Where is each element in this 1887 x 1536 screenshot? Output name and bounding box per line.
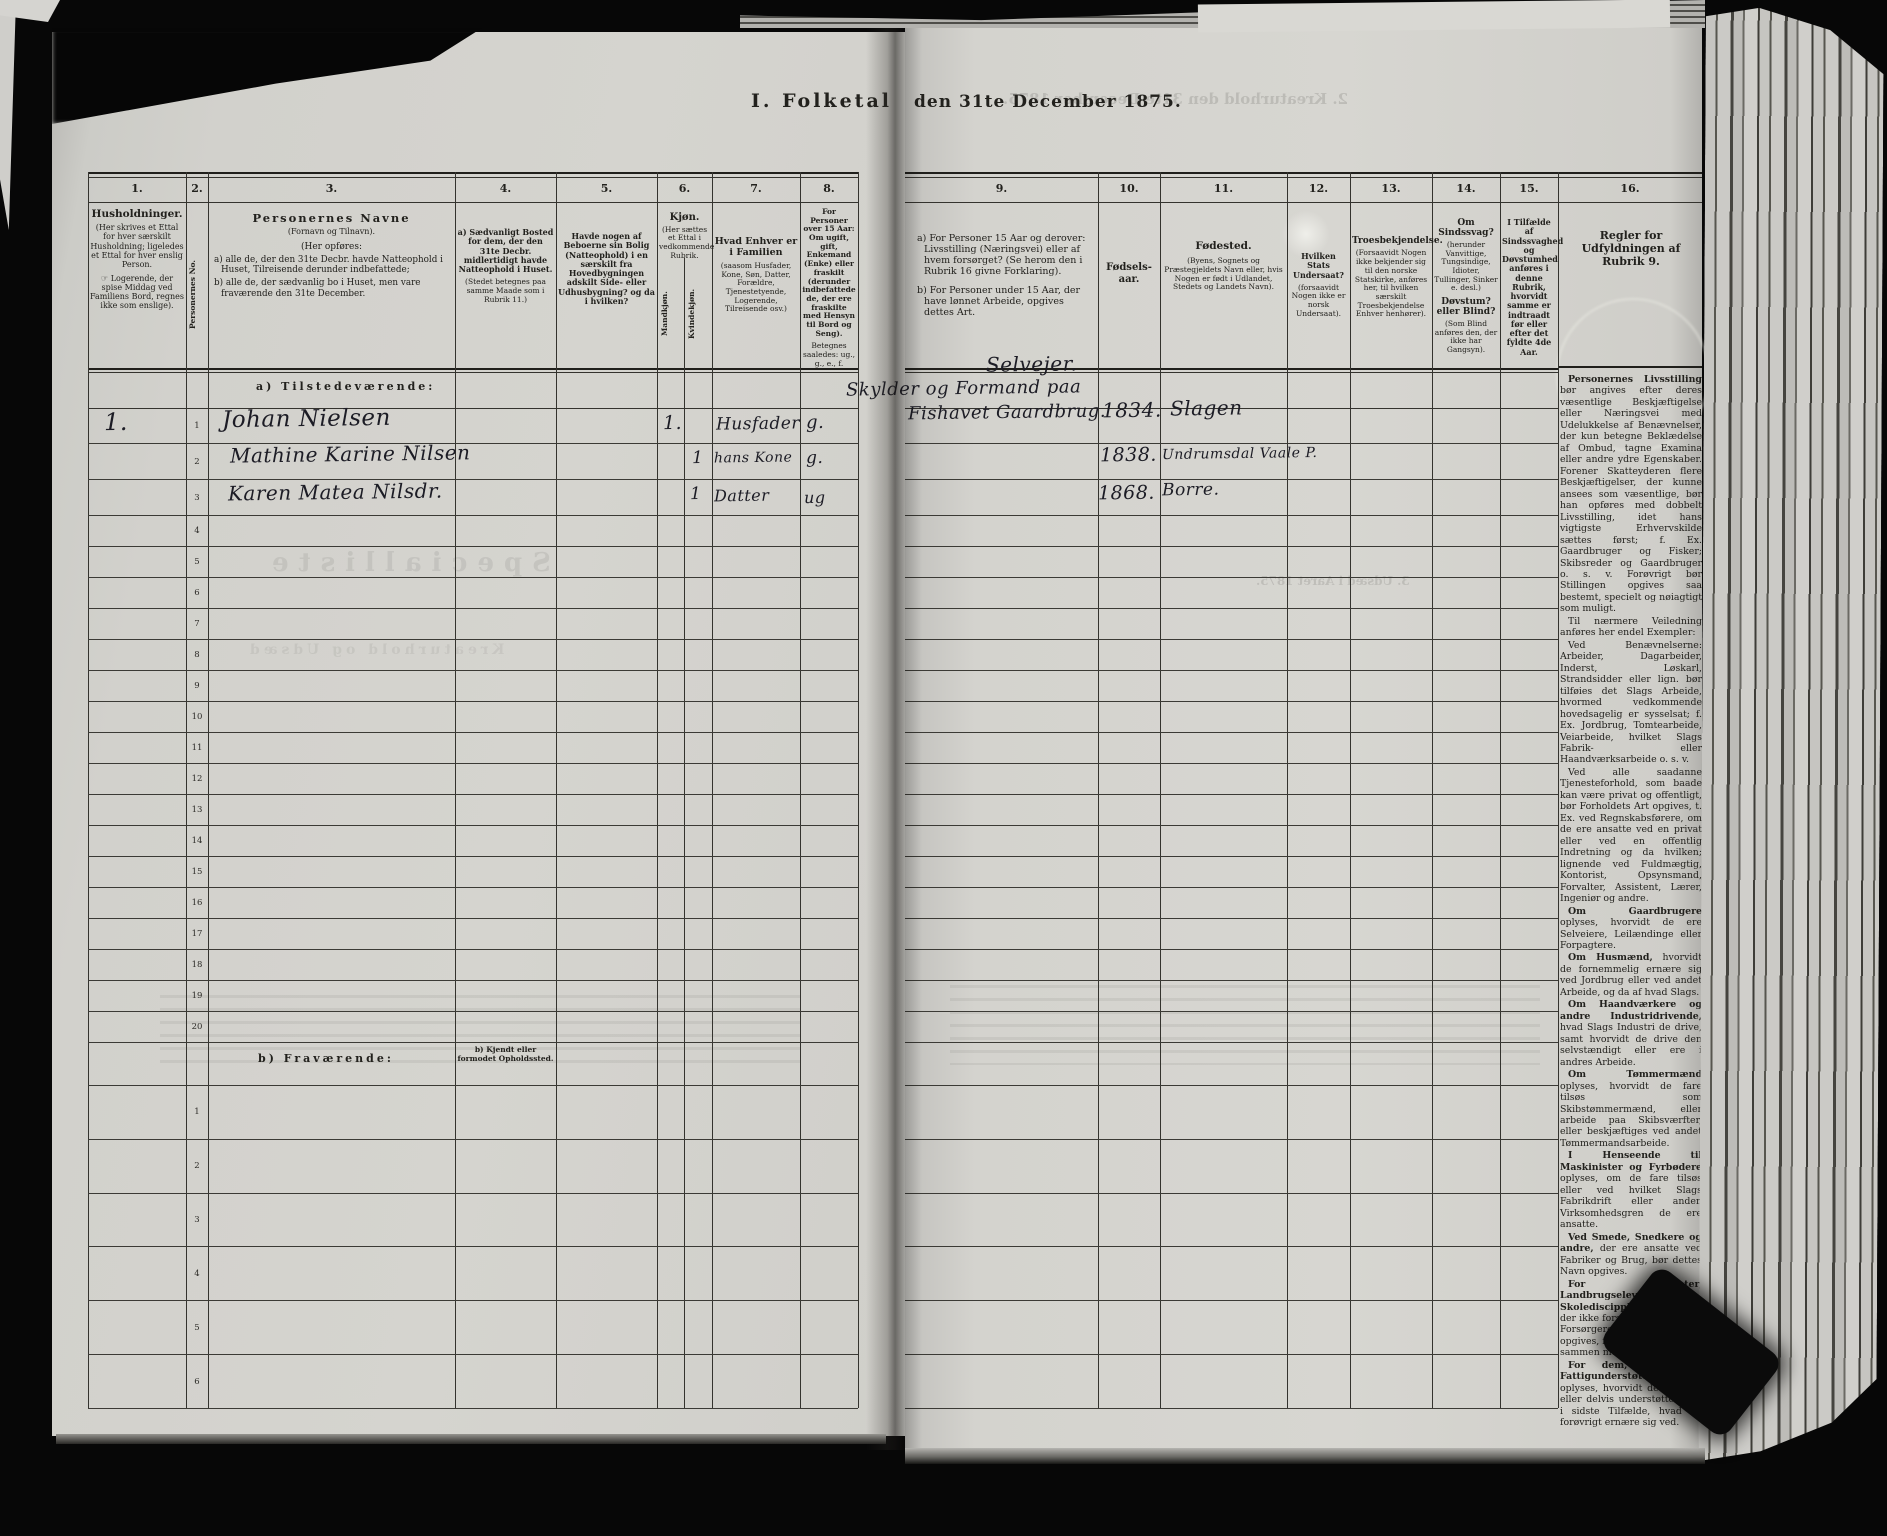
table-row: 3: [88, 1194, 858, 1248]
table-row: 20: [88, 1012, 858, 1043]
table-row: [905, 1140, 1558, 1194]
header-title: Hvad Enhver er i Familien: [714, 236, 798, 258]
table-body-a-right: [905, 408, 1558, 1043]
table-row: 10: [88, 702, 858, 733]
table-row: [905, 1194, 1558, 1248]
header-note: ☞ Logerende, der spise Middag ved Famili…: [90, 274, 184, 311]
header-text: I Tilfælde af Sindssvaghed og Døvstumhed…: [1502, 218, 1556, 357]
table-row: 5: [88, 1301, 858, 1355]
table-row: [905, 1301, 1558, 1355]
table-body-b-left: 123456: [88, 1085, 858, 1409]
column-number-12: 12.: [1287, 178, 1350, 200]
column-header-regler: Regler for Udfyldningen af Rubrik 9.: [1562, 230, 1700, 268]
column-subheader-mandkjoen: Mandkjøn.: [660, 264, 682, 364]
header-text: For Personer over 15 Aar: Om ugift, gift…: [802, 208, 856, 338]
column-number-11: 11.: [1160, 178, 1287, 200]
header-note: (herunder Vanvittige, Tungsindige, Idiot…: [1434, 241, 1498, 293]
column-number-16: 16.: [1558, 178, 1702, 200]
table-row: [905, 702, 1558, 733]
row-number: 13: [189, 805, 205, 815]
table-row: 12: [88, 764, 858, 795]
column-line: [1558, 172, 1559, 1408]
header-note: (forsaavidt Nogen ikke er norsk Undersaa…: [1289, 284, 1348, 319]
row-number: 10: [189, 712, 205, 722]
table-row: 2: [88, 1140, 858, 1194]
regler-paragraph: Om Gaardbrugere oplyses, hvorvidt de ere…: [1560, 906, 1702, 952]
table-row: 17: [88, 919, 858, 950]
table-row: 9: [88, 671, 858, 702]
header-note: (Her skrives et Ettal for hver særskilt …: [90, 223, 184, 269]
table-row: 4: [88, 1247, 858, 1301]
entry-occupation-pre: Selvejer.: [986, 351, 1078, 376]
table-row: [905, 609, 1558, 640]
entry-marital-status: g.: [806, 448, 824, 468]
table-row: [905, 578, 1558, 609]
table-row: 1: [88, 1086, 858, 1140]
table-row: 16: [88, 888, 858, 919]
entry-male-mark: 1.: [663, 412, 682, 434]
column-header-sidebygning: Havde nogen af Beboerne sin Bolig (Natte…: [558, 232, 655, 306]
column-number-15: 15.: [1500, 178, 1558, 200]
table-row: 11: [88, 733, 858, 764]
column-header-personernes-no: Personernes No.: [188, 220, 206, 370]
column-header-navne: Personernes Navne (Fornavn og Tilnavn). …: [212, 212, 451, 299]
entry-marital-status: ug: [804, 488, 826, 507]
regler-paragraph: Personernes Livsstilling bør angives eft…: [1560, 374, 1702, 615]
column-number-14: 14.: [1432, 178, 1500, 200]
column-header-tilfaelde: I Tilfælde af Sindssvaghed og Døvstumhed…: [1502, 218, 1556, 357]
header-note: (Byens, Sognets og Præstegjeldets Navn e…: [1162, 257, 1285, 292]
entry-name: Johan Nielsen: [222, 405, 391, 433]
header-text: Havde nogen af Beboerne sin Bolig (Natte…: [558, 232, 655, 306]
header-item-b: b) alle de, der sædvanlig bo i Huset, me…: [212, 278, 451, 298]
row-number: 12: [189, 774, 205, 784]
column-number-9: 9.: [905, 178, 1098, 200]
column-number-3: 3.: [208, 178, 455, 200]
header-title: Om Sindssvag?: [1434, 218, 1498, 239]
table-row: [905, 671, 1558, 702]
entry-female-mark: 1: [692, 448, 704, 468]
regler-paragraph: Om Haandværkere og andre Industridrivend…: [1560, 999, 1702, 1068]
page-stack-right-edge: [1698, 8, 1884, 1467]
table-row: 15: [88, 857, 858, 888]
table-row: [905, 826, 1558, 857]
row-number: 1: [189, 1107, 205, 1117]
entry-birth-year: 1834.: [1102, 398, 1162, 423]
table-row: [905, 547, 1558, 578]
table-row: [905, 640, 1558, 671]
column-number-1: 1.: [88, 178, 186, 200]
header-title: Husholdninger.: [90, 208, 184, 220]
header-note: (Forsaavidt Nogen ikke bekjender sig til…: [1352, 249, 1430, 319]
table-row: [905, 733, 1558, 764]
row-number: 17: [189, 929, 205, 939]
table-row: [905, 1247, 1558, 1301]
entry-family-position: hans Kone: [714, 449, 793, 466]
table-row: [905, 480, 1558, 516]
table-row: 18: [88, 950, 858, 981]
table-row: [905, 1012, 1558, 1043]
book-gutter-shadow: [866, 20, 922, 1450]
table-row: 19: [88, 981, 858, 1012]
table-row: [905, 764, 1558, 795]
table-row: [905, 1355, 1558, 1409]
rule: [905, 172, 1702, 174]
row-number: 7: [189, 619, 205, 629]
row-number: 2: [189, 1161, 205, 1171]
header-note: (Stedet betegnes paa samme Maade som i R…: [457, 278, 554, 304]
row-number: 8: [189, 650, 205, 660]
table-row: [905, 981, 1558, 1012]
regler-paragraph: Ved alle saadanne Tjenesteforhold, som b…: [1560, 767, 1702, 905]
section-b-col4-note: b) Kjendt eller formodet Opholdssted.: [457, 1046, 554, 1063]
header-title: Regler for Udfyldningen af Rubrik 9.: [1562, 230, 1700, 268]
entry-household-number: 1.: [104, 408, 128, 436]
entry-birthplace: Undrumsdal Vaale P.: [1162, 445, 1318, 463]
column-number-8: 8.: [800, 178, 858, 200]
column-number-4: 4.: [455, 178, 556, 200]
column-subheader-kvindekjoen: Kvindekjøn.: [687, 264, 709, 364]
header-item-b: b) For Personer under 15 Aar, der have l…: [915, 285, 1091, 318]
header-subtitle: (Fornavn og Tilnavn).: [212, 227, 451, 236]
header-title-2: Døvstum? eller Blind?: [1434, 297, 1498, 318]
row-number: 16: [189, 898, 205, 908]
table-row: 5: [88, 547, 858, 578]
column-number-2: 2.: [186, 178, 208, 200]
column-header-foedested: Fødested. (Byens, Sognets og Præstegjeld…: [1162, 240, 1285, 292]
row-number: 18: [189, 960, 205, 970]
entry-name: Karen Matea Nilsdr.: [228, 479, 443, 506]
row-number: 20: [189, 1022, 205, 1032]
row-number: 4: [189, 526, 205, 536]
table-row: [905, 950, 1558, 981]
row-number: 5: [189, 557, 205, 567]
table-row: 4: [88, 516, 858, 547]
table-row: 6: [88, 578, 858, 609]
row-number: 2: [189, 457, 205, 467]
row-number: 15: [189, 867, 205, 877]
table-row: 6: [88, 1355, 858, 1409]
entry-birthplace: Slagen: [1170, 395, 1243, 420]
entry-female-mark: 1: [690, 484, 702, 504]
table-row: [905, 795, 1558, 826]
column-header-civilstand: For Personer over 15 Aar: Om ugift, gift…: [802, 208, 856, 368]
column-number-7: 7.: [712, 178, 800, 200]
scanned-census-page: 2. Kreaturhold den 31te December 1875. S…: [0, 0, 1887, 1536]
table-body-b-right: [905, 1085, 1558, 1409]
table-row: [905, 888, 1558, 919]
row-number: 5: [189, 1323, 205, 1333]
entry-family-position: Husfader: [716, 413, 800, 434]
page-bottom-edge-left: [56, 1434, 886, 1444]
regler-paragraph: Ved Benævnelserne: Arbeider, Dagarbeider…: [1560, 640, 1702, 766]
entry-marital-status: g.: [806, 412, 825, 433]
table-row: [905, 919, 1558, 950]
entry-birth-year: 1838.: [1100, 444, 1157, 467]
regler-paragraph: Om Husmænd, hvorvidt de fornemmelig ernæ…: [1560, 952, 1702, 998]
column-line: [858, 172, 859, 1408]
header-title: Hvilken Stats Undersaat?: [1289, 252, 1348, 280]
entry-birthplace: Borre.: [1162, 480, 1220, 501]
regler-paragraph: Om Tømmermænd oplyses, hvorvidt de fare …: [1560, 1069, 1702, 1149]
column-header-kjoen: Kjøn. (Her sættes et Ettal i vedkommende…: [659, 212, 710, 260]
section-a-label: a) Tilstedeværende:: [256, 380, 435, 393]
rule: [88, 202, 858, 203]
header-note-2: (Som Blind anføres den, der ikke har Gan…: [1434, 320, 1498, 355]
table-row: [905, 1086, 1558, 1140]
row-number: 19: [189, 991, 205, 1001]
header-item-a: a) For Personer 15 Aar og derover: Livss…: [915, 233, 1091, 277]
page-stack-top-bright: [1198, 0, 1670, 32]
header-note: Betegnes saaledes: ug., g., e., f.: [802, 342, 856, 368]
table-row: 7: [88, 609, 858, 640]
row-number: 4: [189, 1269, 205, 1279]
column-header-bosted: a) Sædvanligt Bosted for dem, der den 31…: [457, 228, 554, 304]
column-number-5: 5.: [556, 178, 657, 200]
regler-paragraph: Til nærmere Veiledning anføres her endel…: [1560, 616, 1702, 639]
header-title: Personernes Navne: [212, 212, 451, 225]
row-number: 3: [189, 1215, 205, 1225]
column-header-troesbekjendelse: Troesbekjendelse. (Forsaavidt Nogen ikke…: [1352, 236, 1430, 319]
entry-family-position: Datter: [714, 486, 770, 506]
page-title-right: den 31te December 1875.: [914, 92, 1182, 112]
table-row: 8: [88, 640, 858, 671]
column-header-foedselsaar: Fødsels-aar.: [1100, 262, 1158, 285]
row-number: 11: [189, 743, 205, 753]
page-bottom-edge-right: [905, 1448, 1705, 1464]
entry-name: Mathine Karine Nilsen: [230, 440, 471, 467]
table-row: [905, 857, 1558, 888]
header-note: (Her sættes et Ettal i vedkommende Rubri…: [659, 226, 710, 261]
table-row: 13: [88, 795, 858, 826]
column-header-statsundersaat: Hvilken Stats Undersaat? (forsaavidt Nog…: [1289, 252, 1348, 319]
entry-occupation-line2: Fishavet Gaardbrug.: [908, 401, 1106, 425]
header-item-a: a) alle de, der den 31te Decbr. havde Na…: [212, 255, 451, 275]
header-note: (saasom Husfader, Kone, Søn, Datter, For…: [714, 262, 798, 314]
rule: [88, 172, 858, 174]
table-row: [905, 516, 1558, 547]
section-b-label: b) Fraværende:: [258, 1052, 394, 1065]
entry-birth-year: 1868.: [1098, 482, 1155, 505]
header-title: Troesbekjendelse.: [1352, 236, 1430, 246]
column-header-husholdninger: Husholdninger. (Her skrives et Ettal for…: [90, 208, 184, 311]
column-header-livsstilling: a) For Personer 15 Aar og derover: Livss…: [915, 230, 1091, 318]
regler-paragraph: I Henseende til Maskinister og Fyrbødere…: [1560, 1150, 1702, 1230]
table-row: 14: [88, 826, 858, 857]
row-number: 6: [189, 1377, 205, 1387]
rule: [88, 372, 858, 373]
header-text: a) Sædvanligt Bosted for dem, der den 31…: [457, 228, 554, 274]
rule: [905, 202, 1702, 203]
column-header-familiestilling: Hvad Enhver er i Familien (saasom Husfad…: [714, 236, 798, 314]
column-number-10: 10.: [1098, 178, 1160, 200]
regler-paragraph: Ved Smede, Snedkere og andre, der ere an…: [1560, 1232, 1702, 1278]
row-number: 6: [189, 588, 205, 598]
row-number: 3: [189, 493, 205, 503]
header-title: Kjøn.: [659, 212, 710, 224]
row-number: 9: [189, 681, 205, 691]
regler-column-text: Personernes Livsstilling bør angives eft…: [1560, 374, 1702, 1430]
page-sliver-left: [0, 0, 16, 230]
header-title: Fødested.: [1162, 240, 1285, 252]
rule: [1558, 366, 1702, 368]
column-number-6: 6.: [657, 178, 712, 200]
header-intro: (Her opføres:: [212, 242, 451, 252]
row-number: 1: [189, 421, 205, 431]
row-number: 14: [189, 836, 205, 846]
column-header-sindssvag: Om Sindssvag? (herunder Vanvittige, Tung…: [1434, 218, 1498, 355]
page-title-left: I. Folketal: [630, 90, 892, 112]
column-number-13: 13.: [1350, 178, 1432, 200]
